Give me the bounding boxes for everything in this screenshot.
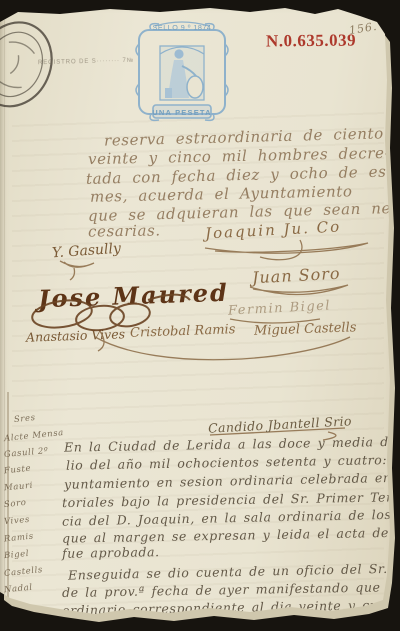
registry-line-stamp: REGISTRO DE S········ 7№: [38, 58, 134, 67]
revenue-stamp: SELLO 9.º 1874 UNA PESETA: [129, 18, 235, 124]
scanned-document-scene: REGISTRO DE S········ 7№ SELLO 9.º 1874 …: [0, 0, 400, 631]
serial-number: N.0.635.039: [266, 31, 356, 52]
stamp-footer-text: UNA PESETA: [152, 108, 212, 117]
manuscript-line: cesarias.: [88, 221, 161, 240]
manuscript-line: fue aprobada.: [62, 544, 160, 561]
stamp-header-text: SELLO 9.º 1874: [153, 23, 212, 32]
folio-number: 156.: [348, 20, 378, 37]
document-page: REGISTRO DE S········ 7№ SELLO 9.º 1874 …: [0, 0, 400, 631]
